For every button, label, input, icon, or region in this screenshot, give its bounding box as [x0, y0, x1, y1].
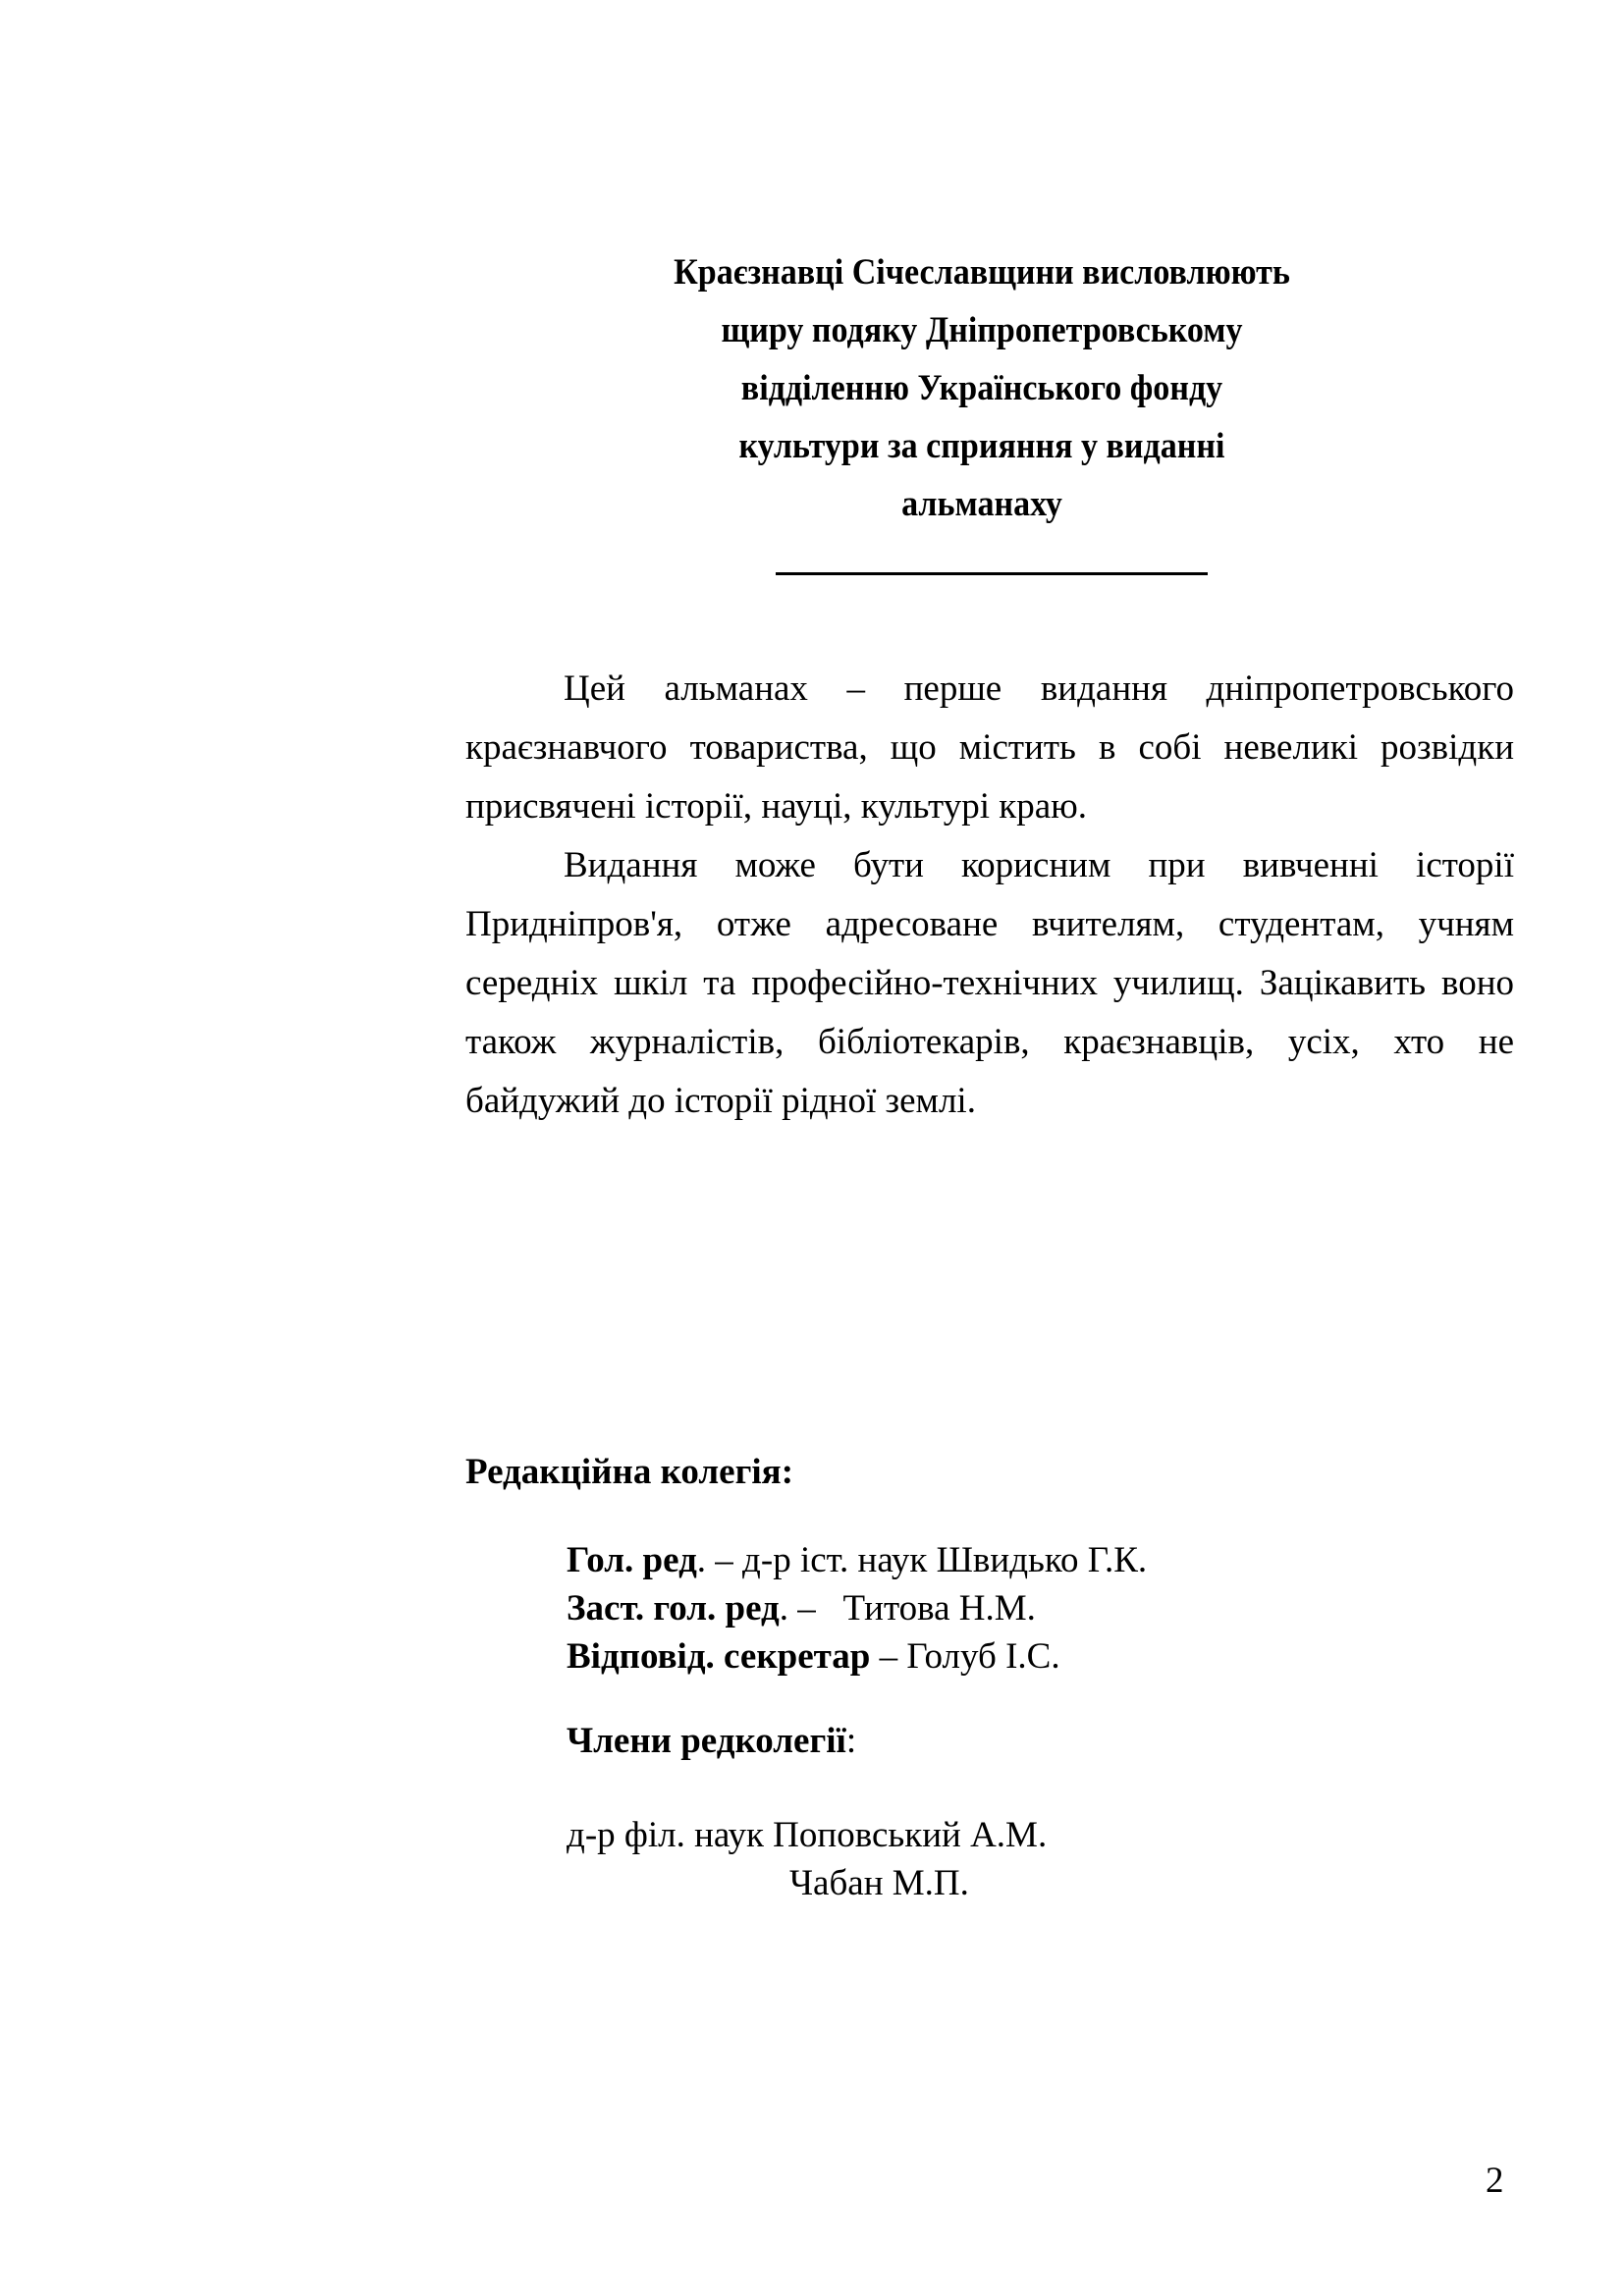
- paragraph: Цей альманах – перше видання дніпропетро…: [465, 660, 1514, 836]
- members-title-label: Члени редколегії: [567, 1721, 846, 1761]
- board-role-row: Відповід. секретар – Голуб І.С.: [567, 1632, 1147, 1681]
- page-number: 2: [1486, 2160, 1504, 2203]
- role-label: Гол. ред: [567, 1540, 697, 1580]
- members-title: Члени редколегії:: [567, 1720, 856, 1763]
- horizontal-divider: [776, 572, 1208, 575]
- role-label: Заст. гол. ред: [567, 1588, 780, 1629]
- member: Чабан М.П.: [567, 1859, 1047, 1907]
- heading-line: культури за сприяння у виданні: [621, 417, 1343, 475]
- heading-line: альманаху: [621, 475, 1343, 533]
- heading-line: відділенню Українського фонду: [621, 359, 1343, 417]
- board-role-row: Гол. ред. – д-р іст. наук Швидько Г.К.: [567, 1536, 1147, 1584]
- heading-line: щиру подяку Дніпропетровському: [621, 301, 1343, 359]
- editorial-board-roles: Гол. ред. – д-р іст. наук Швидько Г.К. З…: [567, 1536, 1147, 1681]
- role-holder: . – Титова Н.М.: [780, 1588, 1036, 1629]
- members-title-colon: :: [846, 1721, 856, 1761]
- member: д-р філ. наук Поповський А.М.: [567, 1811, 1047, 1859]
- role-holder: – Голуб І.С.: [870, 1636, 1059, 1677]
- acknowledgement-heading: Краєзнавці Січеславщини висловлюють щиру…: [621, 243, 1343, 533]
- board-role-row: Заст. гол. ред. – Титова Н.М.: [567, 1584, 1147, 1632]
- editorial-board-title: Редакційна колегія:: [465, 1451, 793, 1494]
- body-text: Цей альманах – перше видання дніпропетро…: [465, 660, 1514, 1131]
- paragraph: Видання може бути корисним при вивченні …: [465, 836, 1514, 1131]
- board-members: д-р філ. наук Поповський А.М. Чабан М.П.: [567, 1811, 1047, 1907]
- role-holder: . – д-р іст. наук Швидько Г.К.: [697, 1540, 1147, 1580]
- role-label: Відповід. секретар: [567, 1636, 870, 1677]
- heading-line: Краєзнавці Січеславщини висловлюють: [621, 243, 1343, 301]
